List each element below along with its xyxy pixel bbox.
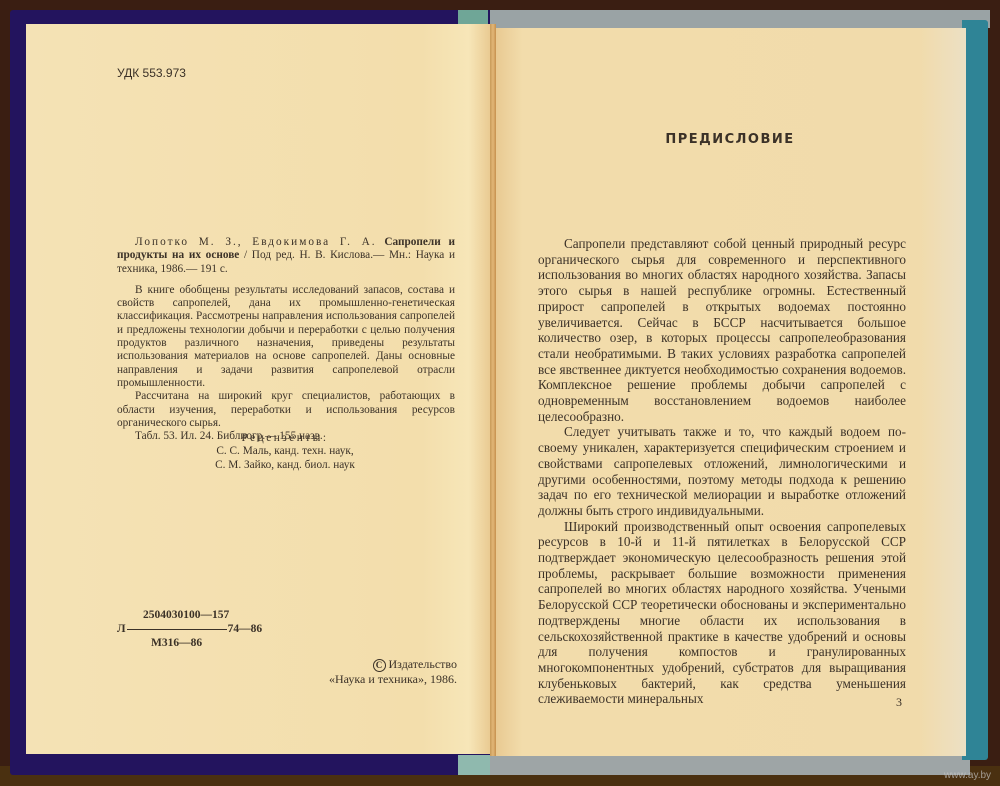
preface-paragraph-1: Сапропели представляют собой ценный прир… <box>538 236 906 424</box>
page-number: 3 <box>896 696 902 710</box>
abstract-paragraph: В книге обобщены результаты исследований… <box>117 284 455 390</box>
reviewers-block: Рецензенты: С. С. Маль, канд. техн. наук… <box>150 432 420 472</box>
code-prefix: Л <box>117 623 126 635</box>
book-gutter <box>490 24 496 756</box>
publisher-name-year: «Наука и техника», 1986. <box>300 672 457 687</box>
right-board-edge-top <box>490 10 990 28</box>
reviewer-2: С. М. Зайко, канд. биол. наук <box>150 459 420 472</box>
preface-paragraph-3: Широкий производственный опыт освоения с… <box>538 519 906 707</box>
preface-paragraph-2: Следует учитывать также и то, что каждый… <box>538 424 906 518</box>
catalog-code: 2504030100—157 Л74—86 М316—86 <box>117 608 262 650</box>
authors: Лопотко М. З., Евдокимова Г. А. <box>135 236 377 248</box>
bibliographic-record: Лопотко М. З., Евдокимова Г. А. Сапропел… <box>117 236 455 443</box>
watermark: www.ay.by <box>944 770 991 781</box>
code-numerator: 2504030100—157 <box>117 608 262 622</box>
right-board-edge-bottom <box>490 755 970 775</box>
audience-paragraph: Рассчитана на широкий круг специалистов,… <box>117 390 455 430</box>
preface-body: Сапропели представляют собой ценный прир… <box>538 236 906 707</box>
fraction-line <box>127 629 227 630</box>
udk-code: УДК 553.973 <box>117 67 186 81</box>
spine-cloth-bottom <box>458 755 490 775</box>
code-denominator: М316—86 <box>117 636 262 650</box>
copyright-icon: C <box>373 659 386 672</box>
reviewer-1: С. С. Маль, канд. техн. наук, <box>150 445 420 458</box>
preface-heading: ПРЕДИСЛОВИЕ <box>530 133 930 147</box>
code-suffix: 74—86 <box>228 623 263 635</box>
copyright-notice: CИздательство «Наука и техника», 1986. <box>300 657 457 687</box>
reviewers-label: Рецензенты: <box>150 432 420 445</box>
publisher-label: Издательство <box>389 657 458 671</box>
